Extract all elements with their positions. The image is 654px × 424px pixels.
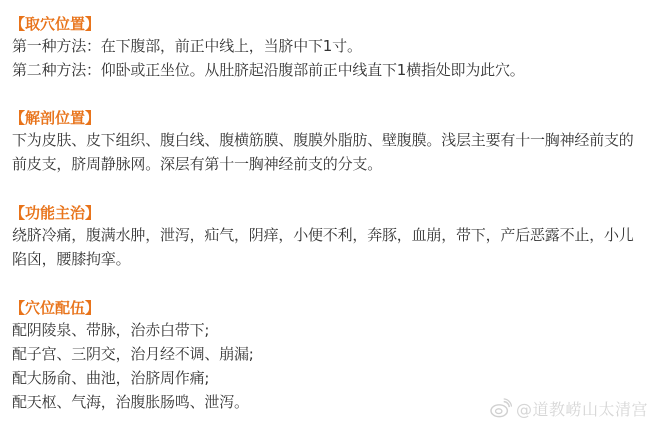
combination-line: 配阴陵泉、带脉，治赤白带下; <box>12 318 647 342</box>
section-acupoint-location: 【取穴位置】 第一种方法：在下腹部，前正中线上，当脐中下1寸。 第二种方法：仰卧… <box>12 14 647 82</box>
watermark: @道教崂山太清宫 <box>490 396 648 420</box>
combination-line: 配子宫、三阴交，治月经不调、崩漏; <box>12 342 647 366</box>
section-paragraph: 下为皮肤、皮下组织、腹白线、腹横筋膜、腹膜外脂肪、壁腹膜。浅层主要有十一胸神经前… <box>12 128 644 176</box>
section-heading: 【解剖位置】 <box>10 108 647 128</box>
section-indications: 【功能主治】 绕脐冷痛，腹满水肿，泄泻，疝气，阴痒，小便不利，奔豚，血崩，带下，… <box>12 203 647 271</box>
section-paragraph: 绕脐冷痛，腹满水肿，泄泻，疝气，阴痒，小便不利，奔豚，血崩，带下，产后恶露不止，… <box>12 223 644 271</box>
method-line: 第二种方法：仰卧或正坐位。从肚脐起沿腹部前正中线直下1横指处即为此穴。 <box>12 58 647 82</box>
section-anatomy: 【解剖位置】 下为皮肤、皮下组织、腹白线、腹横筋膜、腹膜外脂肪、壁腹膜。浅层主要… <box>12 108 647 176</box>
weibo-icon <box>490 398 512 418</box>
watermark-text: @道教崂山太清宫 <box>516 397 648 420</box>
section-heading: 【取穴位置】 <box>10 14 647 34</box>
combination-line: 配大肠俞、曲池，治脐周作痛; <box>12 366 647 390</box>
section-heading: 【功能主治】 <box>10 203 647 223</box>
method-line: 第一种方法：在下腹部，前正中线上，当脐中下1寸。 <box>12 34 647 58</box>
section-heading: 【穴位配伍】 <box>10 298 647 318</box>
